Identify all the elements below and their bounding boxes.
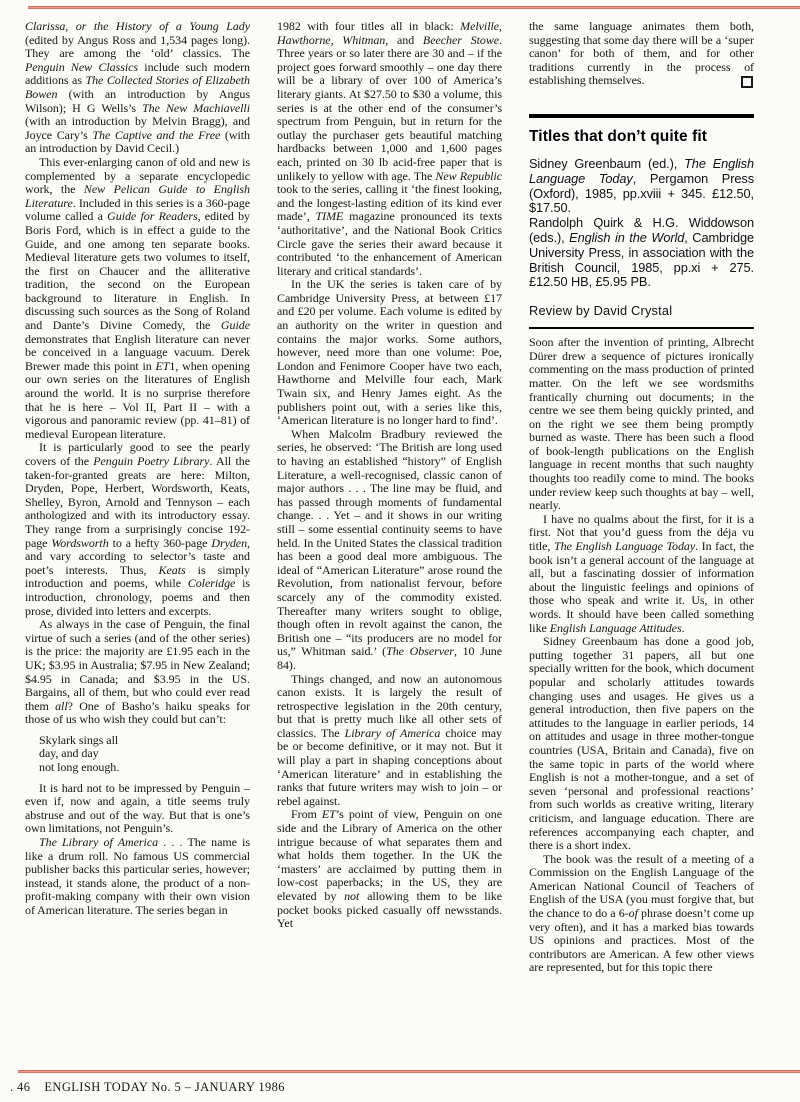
article-continuation-end: the same language animates them both, su… — [529, 20, 754, 88]
poem-line: not long enough. — [39, 761, 250, 775]
citation: Sidney Greenbaum (ed.), The English Lang… — [529, 157, 754, 216]
paragraph: Sidney Greenbaum has done a good job, pu… — [529, 635, 754, 853]
paragraph: It is hard not to be impressed by Pengui… — [25, 782, 250, 836]
haiku-poem: Skylark sings allday, and daynot long en… — [39, 734, 250, 775]
review-top-rule — [529, 114, 754, 118]
citation: Randolph Quirk & H.G. Widdowson (eds.), … — [529, 216, 754, 290]
top-accent-rule — [28, 6, 800, 9]
paragraph: I have no qualms about the first, for it… — [529, 513, 754, 635]
paragraph: The book was the result of a meeting of … — [529, 853, 754, 975]
paragraph: In the UK the series is taken care of by… — [277, 278, 502, 428]
paragraph: 1982 with four titles all in black: Melv… — [277, 20, 502, 278]
bottom-accent-rule — [18, 1070, 800, 1073]
paragraph: As always in the case of Penguin, the fi… — [25, 618, 250, 727]
review-byline: Review by David Crystal — [529, 303, 754, 318]
end-of-article-icon — [741, 76, 753, 88]
paragraph: From ET’s point of view, Penguin on one … — [277, 808, 502, 930]
paragraph: This ever-enlarging canon of old and new… — [25, 156, 250, 441]
poem-line: Skylark sings all — [39, 734, 250, 748]
paragraph: It is particularly good to see the pearl… — [25, 441, 250, 618]
footer-journal-title: ENGLISH TODAY No. 5 – JANUARY 1986 — [44, 1080, 285, 1094]
poem-line: day, and day — [39, 747, 250, 761]
paragraph: Soon after the invention of printing, Al… — [529, 336, 754, 513]
article-end-text: the same language animates them both, su… — [529, 20, 754, 87]
content-columns: Clarissa, or the History of a Young Lady… — [25, 20, 755, 1068]
review-citations: Sidney Greenbaum (ed.), The English Lang… — [529, 157, 754, 290]
review-body: Soon after the invention of printing, Al… — [529, 336, 754, 975]
paragraph: Clarissa, or the History of a Young Lady… — [25, 20, 250, 156]
text-column-2: 1982 with four titles all in black: Melv… — [277, 20, 502, 1068]
paragraph: The Library of America . . . The name is… — [25, 836, 250, 918]
journal-page: Clarissa, or the History of a Young Lady… — [0, 0, 800, 1102]
review-title: Titles that don’t quite fit — [529, 127, 754, 146]
text-column-1: Clarissa, or the History of a Young Lady… — [25, 20, 250, 1068]
paragraph: When Malcolm Bradbury reviewed the serie… — [277, 428, 502, 673]
footer-page-number: . 46 — [10, 1080, 30, 1094]
paragraph: Things changed, and now an autonomous ca… — [277, 673, 502, 809]
review-article: Titles that don’t quite fit Sidney Green… — [529, 114, 754, 975]
review-byline-rule — [529, 327, 754, 329]
text-column-3: the same language animates them both, su… — [529, 20, 754, 1068]
page-footer: . 46ENGLISH TODAY No. 5 – JANUARY 1986 — [10, 1080, 285, 1095]
